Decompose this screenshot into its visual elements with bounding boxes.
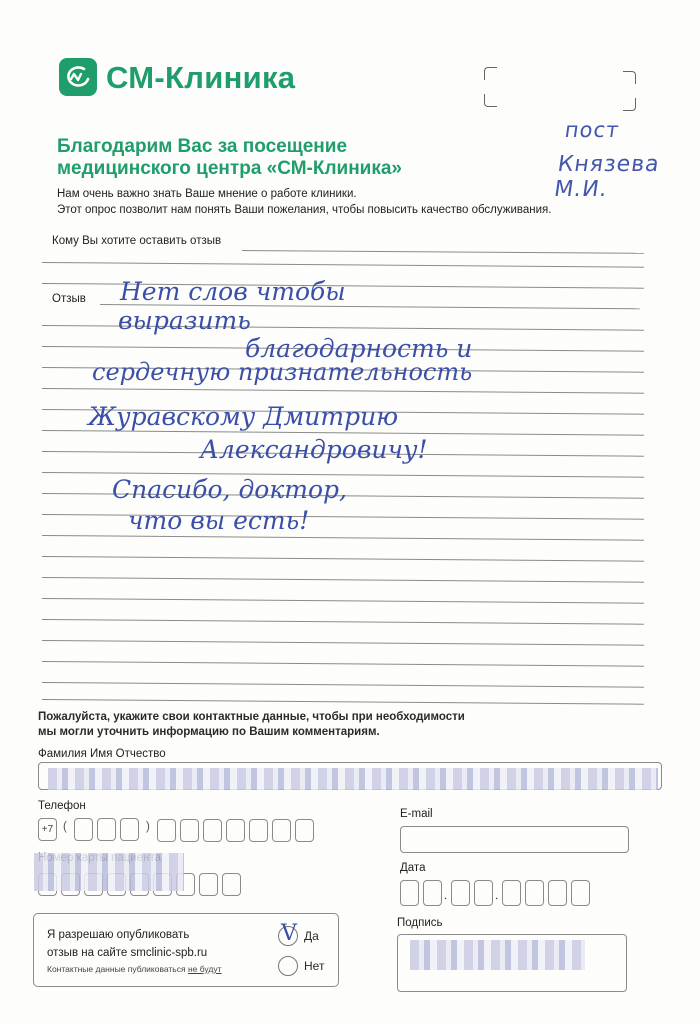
review-rule-line (42, 598, 644, 604)
consent-note: Контактные данные публиковаться не будут (47, 964, 222, 974)
review-rule-line (42, 262, 644, 268)
recipient-label: Кому Вы хотите оставить отзыв (52, 235, 221, 247)
review-line: Александровичу! (200, 435, 428, 464)
radio-yes[interactable]: V (278, 926, 298, 946)
signature-label: Подпись (397, 917, 443, 929)
consent-note-text: Контактные данные публиковаться (47, 964, 188, 974)
check-mark-icon: V (281, 921, 297, 946)
phone-digit-box[interactable] (249, 819, 268, 842)
review-line: сердечную признательность (92, 358, 472, 386)
handwritten-note-line1: пост (563, 118, 621, 142)
review-line: Нет слов чтобы (120, 277, 346, 306)
logo-icon (59, 58, 97, 96)
phone-digit-box[interactable] (203, 819, 222, 842)
date-digit-box[interactable] (571, 880, 590, 906)
phone-digit-box[interactable] (74, 818, 93, 841)
review-rule-line (42, 682, 644, 688)
contact-prompt-line2: мы могли уточнить информацию по Вашим ко… (38, 725, 465, 740)
phone-close-paren: ) (146, 821, 150, 833)
phone-digit-box[interactable] (226, 819, 245, 842)
consent-note-emph: не будут (188, 964, 222, 974)
radio-no[interactable] (278, 956, 298, 976)
signature-redacted (410, 940, 585, 970)
date-digit-box[interactable] (423, 880, 442, 906)
date-digit-box[interactable] (502, 880, 521, 906)
email-label: E-mail (400, 808, 433, 820)
phone-digit-box[interactable] (180, 819, 199, 842)
date-separator: . (444, 890, 447, 902)
review-rule-line (42, 699, 644, 705)
fio-label: Фамилия Имя Отчество (38, 748, 166, 760)
review-rule-line (42, 619, 644, 625)
card-redacted (34, 853, 184, 891)
phone-open-paren: ( (63, 821, 67, 833)
fio-redacted (48, 768, 658, 790)
consent-line2: отзыв на сайте smclinic-spb.ru (47, 944, 207, 962)
recipient-field[interactable] (242, 250, 644, 254)
review-rule-line (42, 535, 644, 541)
review-label: Отзыв (52, 293, 86, 305)
review-rule-line (42, 556, 644, 562)
intro-line1: Нам очень важно знать Ваше мнение о рабо… (57, 186, 551, 202)
phone-digit-box[interactable] (272, 819, 291, 842)
date-digit-box[interactable] (400, 880, 419, 906)
contact-prompt-line1: Пожалуйста, укажите свои контактные данн… (38, 710, 465, 725)
stamp-corner-mark (623, 71, 636, 84)
option-no-label: Нет (304, 959, 324, 973)
date-digit-box[interactable] (474, 880, 493, 906)
stamp-corner-mark (484, 67, 497, 80)
phone-digit-box[interactable] (295, 819, 314, 842)
sm-clinic-logo-icon (64, 65, 92, 89)
page-title: Благодарим Вас за посещение медицинского… (57, 136, 402, 180)
stamp-corner-mark (484, 94, 497, 107)
phone-label: Телефон (38, 800, 86, 812)
brand-name: СМ-Клиника (106, 60, 295, 96)
title-line1: Благодарим Вас за посещение (57, 136, 402, 158)
option-yes-label: Да (304, 929, 319, 943)
date-digit-box[interactable] (525, 880, 544, 906)
review-rule-line (42, 577, 644, 583)
review-line: что вы есть! (128, 506, 309, 535)
date-digit-box[interactable] (548, 880, 567, 906)
email-input[interactable] (400, 826, 629, 853)
card-digit-box[interactable] (199, 873, 218, 896)
phone-digit-box[interactable] (157, 819, 176, 842)
phone-digit-box[interactable] (120, 818, 139, 841)
review-line: выразить (118, 306, 251, 335)
consent-text: Я разрешаю опубликовать отзыв на сайте s… (47, 926, 207, 962)
review-rule-line (42, 661, 644, 667)
review-line: Спасибо, доктор, (112, 475, 347, 504)
intro-line2: Этот опрос позволит нам понять Ваши поже… (57, 202, 551, 218)
review-rule-line (42, 640, 644, 646)
title-line2: медицинского центра «СМ-Клиника» (57, 158, 402, 180)
phone-prefix: +7 (38, 818, 57, 841)
contact-prompt: Пожалуйста, укажите свои контактные данн… (38, 710, 465, 740)
phone-digit-box[interactable] (97, 818, 116, 841)
date-separator: . (495, 890, 498, 902)
review-rule-line (42, 388, 644, 394)
stamp-corner-mark (623, 98, 636, 111)
handwritten-note-line2: Князева М.И. (552, 152, 700, 202)
consent-line1: Я разрешаю опубликовать (47, 926, 207, 944)
review-line: Журавскому Дмитрию (88, 402, 398, 431)
date-digit-box[interactable] (451, 880, 470, 906)
card-digit-box[interactable] (222, 873, 241, 896)
date-label: Дата (400, 862, 425, 874)
intro-text: Нам очень важно знать Ваше мнение о рабо… (57, 186, 551, 218)
consent-box: Я разрешаю опубликовать отзыв на сайте s… (33, 913, 339, 987)
